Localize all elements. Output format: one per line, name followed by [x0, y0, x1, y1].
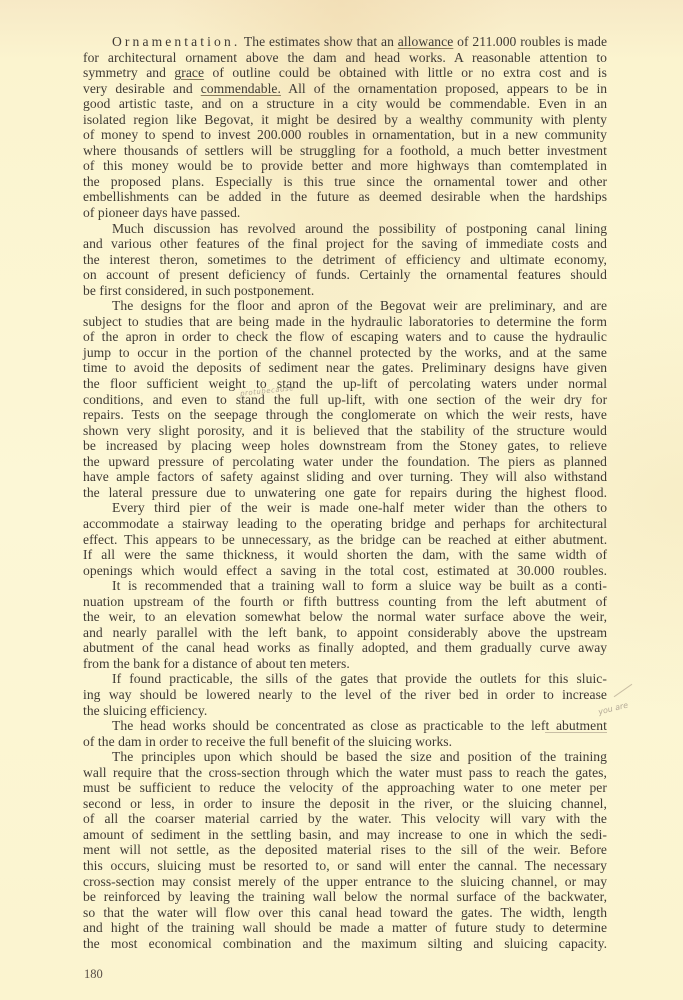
text-line: Much discussion has revolved around the … — [83, 221, 607, 237]
pencil-underlined-word: allowance — [398, 34, 454, 49]
text-line: of this money would be to provide better… — [83, 158, 607, 174]
text-line: have ample factors of safety against sli… — [83, 469, 607, 485]
text-line: It is recommended that a training wall t… — [83, 578, 607, 594]
text-line: Ornamentation. The estimates show that a… — [83, 34, 607, 50]
text-line: If all were the same thickness, it would… — [83, 547, 607, 563]
text-line: second or less, in order to insure the d… — [83, 796, 607, 812]
text-line: the proposed plans. Especially is this t… — [83, 174, 607, 190]
text-line: of the dam in order to receive the full … — [83, 734, 607, 750]
text-line: for architectural ornament above the dam… — [83, 50, 607, 66]
text-line: amount of sediment in the settling basin… — [83, 827, 607, 843]
text-line: the lateral pressure due to unwatering o… — [83, 485, 607, 501]
text-line: Every third pier of the weir is made one… — [83, 500, 607, 516]
page-number: 180 — [84, 967, 103, 982]
text-line: of pioneer days have passed. — [83, 205, 607, 221]
text-line: isolated region like Begovat, it might b… — [83, 112, 607, 128]
text-line: so that the water will flow over this ca… — [83, 905, 607, 921]
text-line: the upward pressure of percolating water… — [83, 454, 607, 470]
pencil-underlined-word: grace — [174, 65, 204, 80]
text-line: The principles upon which should be base… — [83, 749, 607, 765]
text-line: wall require that the cross-section thro… — [83, 765, 607, 781]
text-line: effect. This appears to be unnecessary, … — [83, 532, 607, 548]
text-line: nuation upstream of the fourth or fifth … — [83, 594, 607, 610]
text-line: this occurs, sluicing must be resorted t… — [83, 858, 607, 874]
text-line: the most economical combination and the … — [83, 936, 607, 952]
text-line: time to avoid the deposits of sediment n… — [83, 360, 607, 376]
text-line: and various other features of the final … — [83, 236, 607, 252]
text-line: If found practicable, the sills of the g… — [83, 671, 607, 687]
text-line: on account of present deficiency of fund… — [83, 267, 607, 283]
text-line: conditions, and even to stand the full u… — [83, 392, 607, 408]
text-line: be increased by placing weep holes downs… — [83, 438, 607, 454]
text-line: the weir, to an elevation somewhat below… — [83, 609, 607, 625]
text-line: very desirable and commendable. All of t… — [83, 81, 607, 97]
text-line: must be sufficient to reduce the velocit… — [83, 780, 607, 796]
text-line: embellishments can be added in the futur… — [83, 189, 607, 205]
text-line: the sluicing efficiency. — [83, 703, 607, 719]
run-in-heading: Ornamentation. — [112, 34, 240, 49]
text-line: and hight of the training wall should be… — [83, 920, 607, 936]
text-line: of the apron in order to check the flow … — [83, 329, 607, 345]
text-line: the floor sufficient weight to stand the… — [83, 376, 607, 392]
document-body: Ornamentation. The estimates show that a… — [83, 34, 607, 951]
text-line: The head works should be concentrated as… — [83, 718, 607, 734]
text-line: and nearly parallel with the left bank, … — [83, 625, 607, 641]
text-line: symmetry and grace of outline could be o… — [83, 65, 607, 81]
text-line: of money to spend to invest 200.000 roub… — [83, 127, 607, 143]
text-line: openings which would effect a saving in … — [83, 563, 607, 579]
text-line: subject to studies that are being made i… — [83, 314, 607, 330]
text-line: cross-section may consist merely of the … — [83, 874, 607, 890]
text-line: abutment of the canal head works as fina… — [83, 640, 607, 656]
text-line: where thousands of settlers will be stru… — [83, 143, 607, 159]
text-line: jump to occur in the portion of the chan… — [83, 345, 607, 361]
pencil-underline — [545, 732, 607, 733]
text-line: The designs for the floor and apron of t… — [83, 298, 607, 314]
text-line: shown very slight porosity, and it is be… — [83, 423, 607, 439]
text-line: of all the coarser material carried by t… — [83, 811, 607, 827]
pencil-mark — [614, 684, 633, 697]
text-line: good artistic taste, and on a structure … — [83, 96, 607, 112]
text-line: ment will not settle, as the deposited m… — [83, 842, 607, 858]
text-line: be reinforced by leaving the training wa… — [83, 889, 607, 905]
text-line: repairs. Tests on the seepage through th… — [83, 407, 607, 423]
pencil-underlined-word: commendable. — [201, 81, 281, 96]
text-line: be first considered, in such postponemen… — [83, 283, 607, 299]
text-line: from the bank for a distance of about te… — [83, 656, 607, 672]
text-line: ing way should be lowered nearly to the … — [83, 687, 607, 703]
text-line: the interest theron, sometimes to the de… — [83, 252, 607, 268]
text-line: accommodate a stairway leading to the op… — [83, 516, 607, 532]
